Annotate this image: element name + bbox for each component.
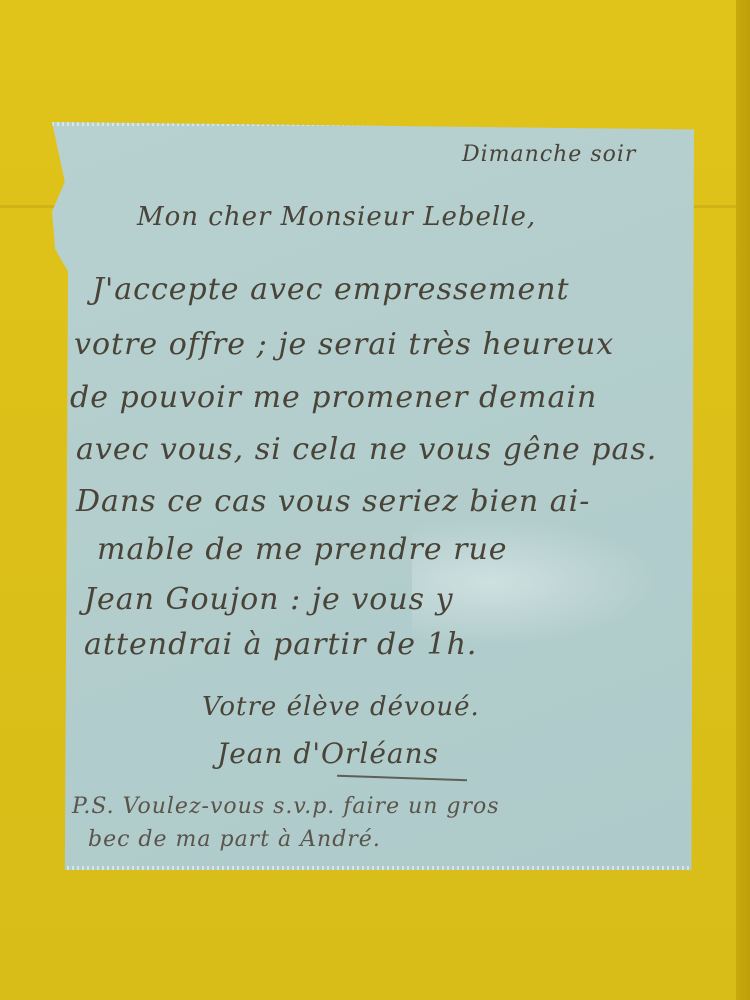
body-line-1: J'accepte avec empressement xyxy=(92,272,570,307)
body-line-4: avec vous, si cela ne vous gêne pas. xyxy=(76,432,657,467)
signature-underline xyxy=(337,775,467,782)
salutation: Mon cher Monsieur Lebelle, xyxy=(137,202,536,232)
body-line-2: votre offre ; je serai très heureux xyxy=(74,327,614,362)
perforated-edge-bottom xyxy=(52,866,694,870)
closing: Votre élève dévoué. xyxy=(202,692,480,722)
postscript-line-1: P.S. Voulez-vous s.v.p. faire un gros xyxy=(72,794,500,819)
body-line-3: de pouvoir me promener demain xyxy=(70,380,597,415)
background-edge-strip xyxy=(736,0,750,1000)
body-line-7: Jean Goujon : je vous y xyxy=(84,582,454,617)
body-line-8: attendrai à partir de 1h. xyxy=(84,627,477,662)
date-line: Dimanche soir xyxy=(462,142,636,167)
body-line-5: Dans ce cas vous seriez bien ai- xyxy=(76,484,590,519)
postscript-line-2: bec de ma part à André. xyxy=(88,827,381,852)
body-line-6: mable de me prendre rue xyxy=(97,532,508,567)
perforated-edge-top xyxy=(52,122,694,126)
letter-paper: Dimanche soir Mon cher Monsieur Lebelle,… xyxy=(52,122,694,870)
signature: Jean d'Orléans xyxy=(217,737,439,770)
